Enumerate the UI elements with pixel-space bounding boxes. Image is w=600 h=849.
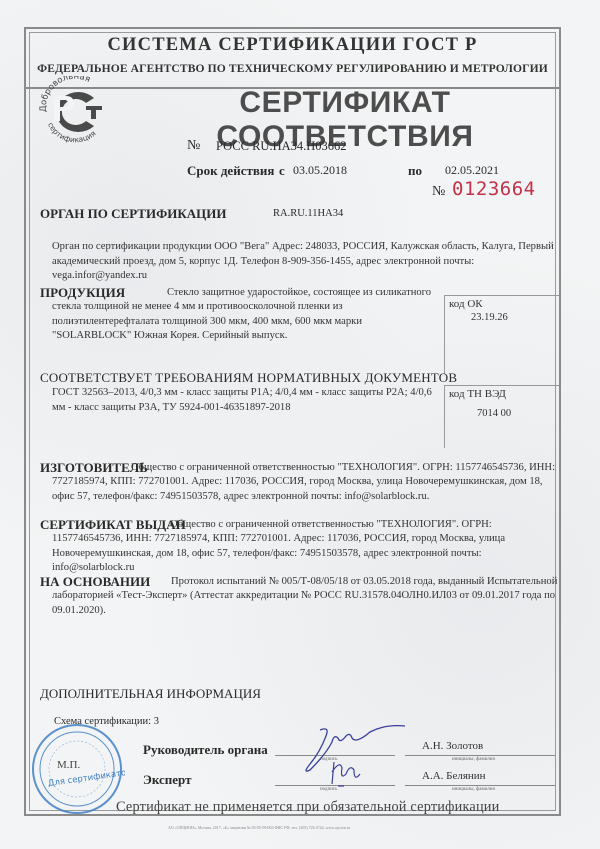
round-seal-stamp-icon: М.П. Для сертификатов bbox=[30, 722, 125, 817]
expert-label: Эксперт bbox=[143, 772, 191, 788]
basis-heading: НА ОСНОВАНИИ bbox=[40, 574, 150, 590]
head-name: А.Н. Золотов bbox=[422, 740, 483, 752]
expert-name-caption: инициалы, фамилия bbox=[452, 787, 495, 792]
tn-ved-code-box: код ТН ВЭД 7014 00 bbox=[444, 385, 559, 448]
tn-ved-label: код ТН ВЭД bbox=[449, 388, 506, 400]
valid-to-date: 02.05.2021 bbox=[445, 163, 499, 178]
head-name-caption: инициалы, фамилия bbox=[452, 757, 495, 762]
tn-ved-value: 7014 00 bbox=[477, 408, 511, 419]
head-name-line bbox=[405, 755, 555, 756]
valid-from-label: с bbox=[279, 163, 285, 179]
valid-to-label: по bbox=[408, 163, 422, 179]
organ-code: RA.RU.11HA34 bbox=[273, 208, 343, 219]
certificate-number-sign: № bbox=[187, 138, 200, 154]
organ-details: Орган по сертификации продукции ООО "Вег… bbox=[52, 240, 562, 284]
manufacturer-details: 7727185974, КПП: 772701001. Адрес: 11703… bbox=[52, 475, 562, 504]
organ-heading: ОРГАН ПО СЕРТИФИКАЦИИ bbox=[40, 206, 227, 222]
product-first-line: Стекло защитное ударостойкое, состоящее … bbox=[167, 286, 431, 301]
printer-info: АО «ОПЦИОН», Москва, 2017, «Б» лицензия … bbox=[168, 825, 350, 830]
basis-first-line: Протокол испытаний № 005/Т-08/05/18 от 0… bbox=[171, 575, 557, 590]
issued-to-first-line: Общество с ограниченной ответственностью… bbox=[170, 518, 492, 533]
product-heading: ПРОДУКЦИЯ bbox=[40, 285, 125, 301]
issued-to-details: 1157746545736, ИНН: 7727185974, КПП: 772… bbox=[52, 532, 562, 576]
normative-heading: СООТВЕТСТВУЕТ ТРЕБОВАНИЯМ НОРМАТИВНЫХ ДО… bbox=[40, 370, 457, 386]
ok-code-value: 23.19.26 bbox=[471, 312, 508, 323]
handwritten-signatures-icon bbox=[280, 724, 410, 799]
rst-logo-icon: Добровольная сертификация bbox=[36, 76, 114, 148]
ok-code-box: код ОК 23.19.26 bbox=[444, 295, 559, 374]
ok-code-label: код ОК bbox=[449, 298, 483, 310]
form-serial-number: 0123664 bbox=[452, 178, 536, 200]
certificate-number: РОСС RU.HA34.H03662 bbox=[216, 139, 347, 154]
validity-label: Срок действия bbox=[187, 163, 274, 179]
normative-text: ГОСТ 32563–2013, 4/0,3 мм - класс защиты… bbox=[52, 386, 432, 415]
expert-name: А.А. Белянин bbox=[422, 770, 486, 782]
form-number-sign: № bbox=[432, 184, 445, 200]
valid-from-date: 03.05.2018 bbox=[293, 163, 347, 178]
product-description: стекла толщиной не менее 4 мм и противоо… bbox=[52, 300, 362, 344]
issued-to-heading: СЕРТИФИКАТ ВЫДАН bbox=[40, 517, 186, 533]
footer-note: Сертификат не применяется при обязательн… bbox=[116, 799, 500, 816]
additional-info-heading: ДОПОЛНИТЕЛЬНАЯ ИНФОРМАЦИЯ bbox=[40, 686, 261, 702]
head-of-organ-label: Руководитель органа bbox=[143, 742, 268, 758]
system-title: СИСТЕМА СЕРТИФИКАЦИИ ГОСТ Р bbox=[26, 35, 559, 56]
expert-name-line bbox=[405, 785, 555, 786]
seal-label: М.П. bbox=[57, 759, 80, 771]
manufacturer-first-line: Общество с ограниченной ответственностью… bbox=[131, 461, 555, 476]
basis-details: лабораторией «Тест-Эксперт» (Аттестат ак… bbox=[52, 589, 562, 618]
agency-name: ФЕДЕРАЛЬНОЕ АГЕНТСТВО ПО ТЕХНИЧЕСКОМУ РЕ… bbox=[26, 62, 559, 75]
